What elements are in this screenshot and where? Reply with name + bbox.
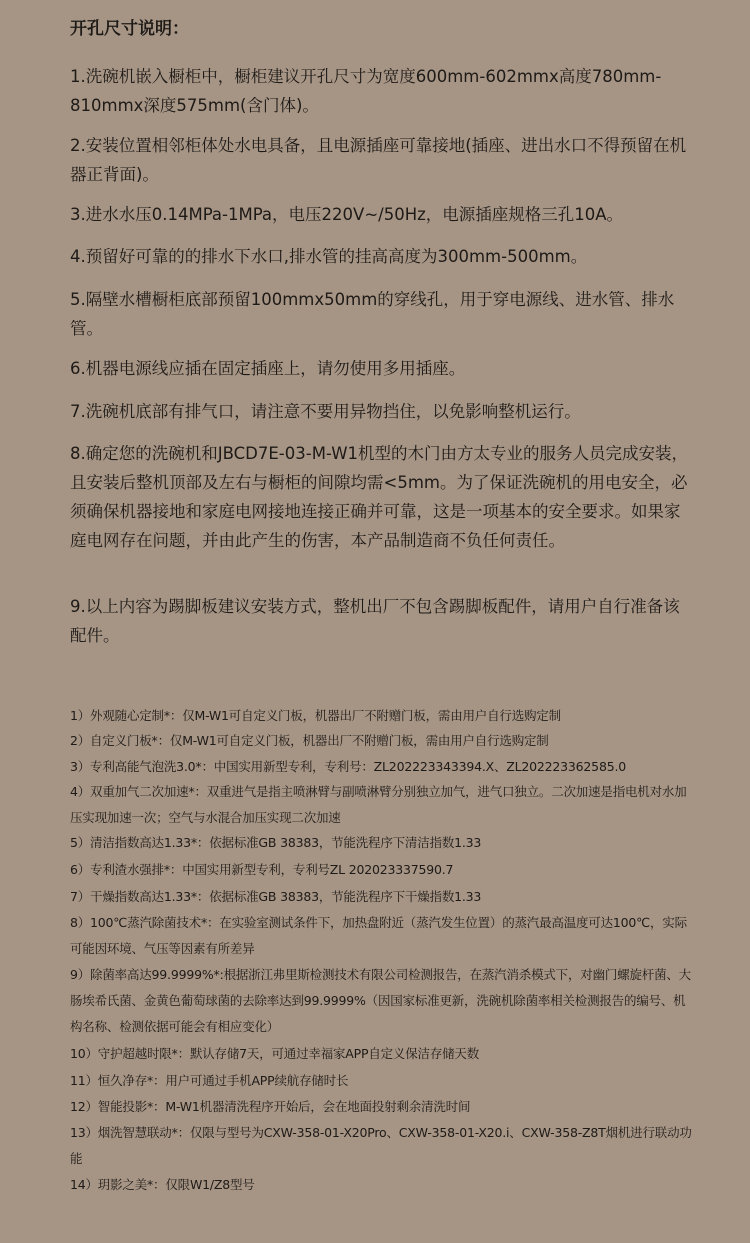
note-8: 8.确定您的洗碗机和JBCD7E-03-M-W1机型的木门由方太专业的服务人员完… — [70, 439, 695, 555]
footnote-6: 6）专利渣水强排*：中国实用新型专利，专利号ZL 202023337590.7 — [70, 857, 695, 883]
section-title: 开孔尺寸说明： — [70, 17, 189, 41]
footnote-2: 2）自定义门板*：仅M-W1可自定义门板，机器出厂不附赠门板，需由用户自行选购定… — [70, 728, 695, 754]
note-9: 9.以上内容为踢脚板建议安装方式，整机出厂不包含踢脚板配件，请用户自行准备该配件… — [70, 592, 695, 650]
footnote-11: 11）恒久净存*：用户可通过手机APP续航存储时长 — [70, 1068, 695, 1094]
footnote-7: 7）干燥指数高达1.33*：依据标准GB 38383，节能洗程序下干燥指数1.3… — [70, 884, 695, 910]
note-5: 5.隔壁水槽橱柜底部预留100mmx50mm的穿线孔，用于穿电源线、进水管、排水… — [70, 285, 695, 343]
note-7: 7.洗碗机底部有排气口，请注意不要用异物挡住，以免影响整机运行。 — [70, 397, 695, 426]
footnote-12: 12）智能投影*：M-W1机器清洗程序开始后，会在地面投射剩余清洗时间 — [70, 1094, 695, 1120]
footnote-13: 13）烟洗智慧联动*：仅限与型号为CXW-358-01-X20Pro、CXW-3… — [70, 1120, 695, 1172]
footnote-8: 8）100℃蒸汽除菌技术*：在实验室测试条件下，加热盘附近（蒸汽发生位置）的蒸汽… — [70, 910, 695, 962]
footnote-1: 1）外观随心定制*：仅M-W1可自定义门板，机器出厂不附赠门板，需由用户自行选购… — [70, 703, 695, 729]
footnote-4: 4）双重加气二次加速*：双重进气是指主喷淋臂与副喷淋臂分别独立加气，进气口独立。… — [70, 779, 695, 831]
note-4: 4.预留好可靠的的排水下水口,排水管的挂高高度为300mm-500mm。 — [70, 242, 695, 271]
footnote-5: 5）清洁指数高达1.33*：依据标准GB 38383，节能洗程序下清洁指数1.3… — [70, 830, 695, 856]
note-6: 6.机器电源线应插在固定插座上，请勿使用多用插座。 — [70, 354, 695, 383]
footnote-3: 3）专利高能气泡洗3.0*：中国实用新型专利，专利号：ZL20222334339… — [70, 754, 695, 780]
footnote-9: 9）除菌率高达99.9999%*:根据浙江弗里斯检测技术有限公司检测报告，在蒸汽… — [70, 962, 695, 1040]
note-3: 3.进水水压0.14MPa-1MPa，电压220V~/50Hz，电源插座规格三孔… — [70, 200, 695, 229]
footnote-10: 10）守护超越时限*：默认存储7天，可通过幸福家APP自定义保洁存储天数 — [70, 1041, 695, 1067]
footnote-14: 14）玥影之美*：仅限W1/Z8型号 — [70, 1172, 695, 1198]
note-2: 2.安装位置相邻柜体处水电具备，且电源插座可靠接地(插座、进出水口不得预留在机器… — [70, 131, 695, 189]
note-1: 1.洗碗机嵌入橱柜中，橱柜建议开孔尺寸为宽度600mm-602mmx高度780m… — [70, 62, 695, 120]
